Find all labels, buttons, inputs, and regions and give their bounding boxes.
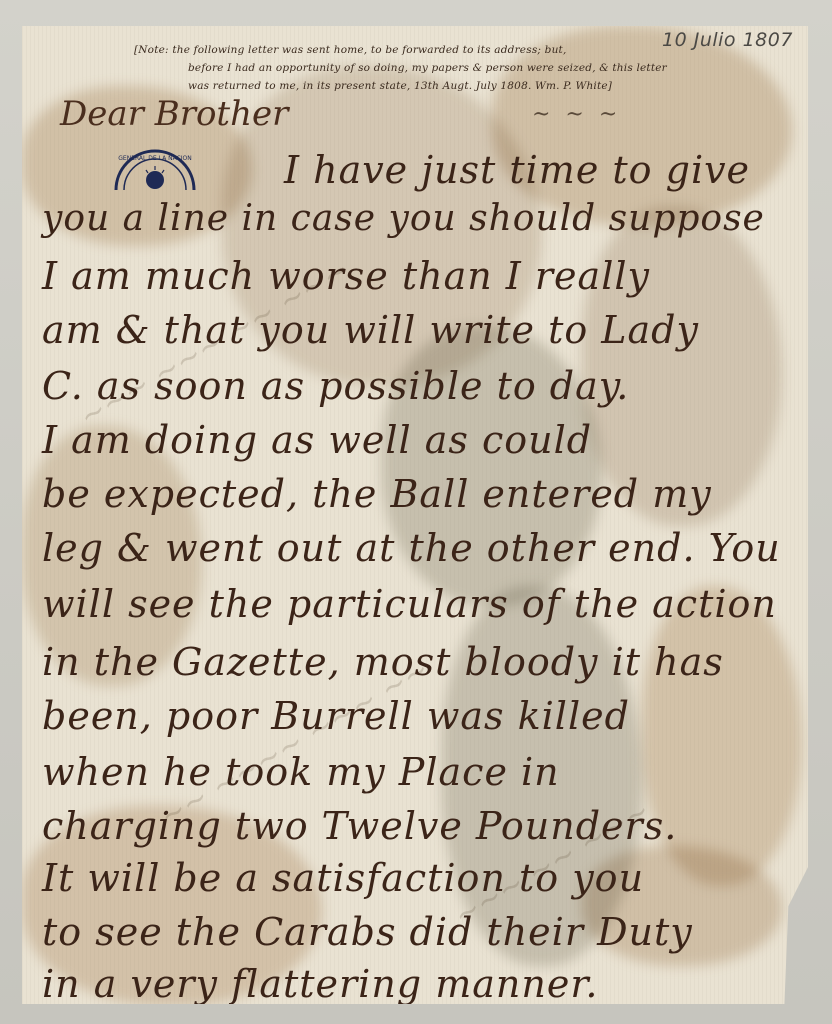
letter-line: It will be a satisfaction to you xyxy=(42,856,644,900)
salutation: Dear Brother xyxy=(60,94,288,134)
letter-line: when he took my Place in xyxy=(42,750,560,794)
letter-line: I am doing as well as could xyxy=(42,418,592,462)
letter-line: been, poor Burrell was killed xyxy=(42,694,630,738)
signature-flourish: ~ ~ ~ xyxy=(532,102,621,127)
letter-line: I am much worse than I really xyxy=(42,254,650,298)
letter-line: you a line in case you should suppose xyxy=(42,198,765,239)
letter-line: I have just time to give xyxy=(284,148,750,192)
letter-line: leg & went out at the other end. You xyxy=(42,526,781,570)
letter-line: will see the particulars of the action xyxy=(42,582,777,626)
letter-line: C. as soon as possible to day. xyxy=(42,364,629,408)
archive-stamp: GENERAL DE LA NACION xyxy=(110,146,200,190)
stamp-text: GENERAL DE LA NACION xyxy=(118,155,191,162)
letter-line: am & that you will write to Lady xyxy=(42,308,699,352)
stamp-icon: GENERAL DE LA NACION xyxy=(110,146,200,190)
letter-line: be expected, the Ball entered my xyxy=(42,472,712,516)
letter-line: charging two Twelve Pounders. xyxy=(42,804,677,848)
editor-note-line: [Note: the following letter was sent hom… xyxy=(134,44,567,56)
editor-note-line: was returned to me, in its present state… xyxy=(188,80,612,92)
letter-line: in a very flattering manner. xyxy=(42,962,598,1004)
letter-line: in the Gazette, most bloody it has xyxy=(42,640,724,684)
letter-line: to see the Carabs did their Duty xyxy=(42,910,693,954)
editor-note-line: before I had an opportunity of so doing,… xyxy=(188,62,667,74)
archive-date: 10 Julio 1807 xyxy=(662,29,793,51)
letter-paper: ~~~ ~~~ ~~ ~~~ ~~ ~~~~ ~~~ ~~ ~~~ ~~ ~~~… xyxy=(22,26,808,1004)
